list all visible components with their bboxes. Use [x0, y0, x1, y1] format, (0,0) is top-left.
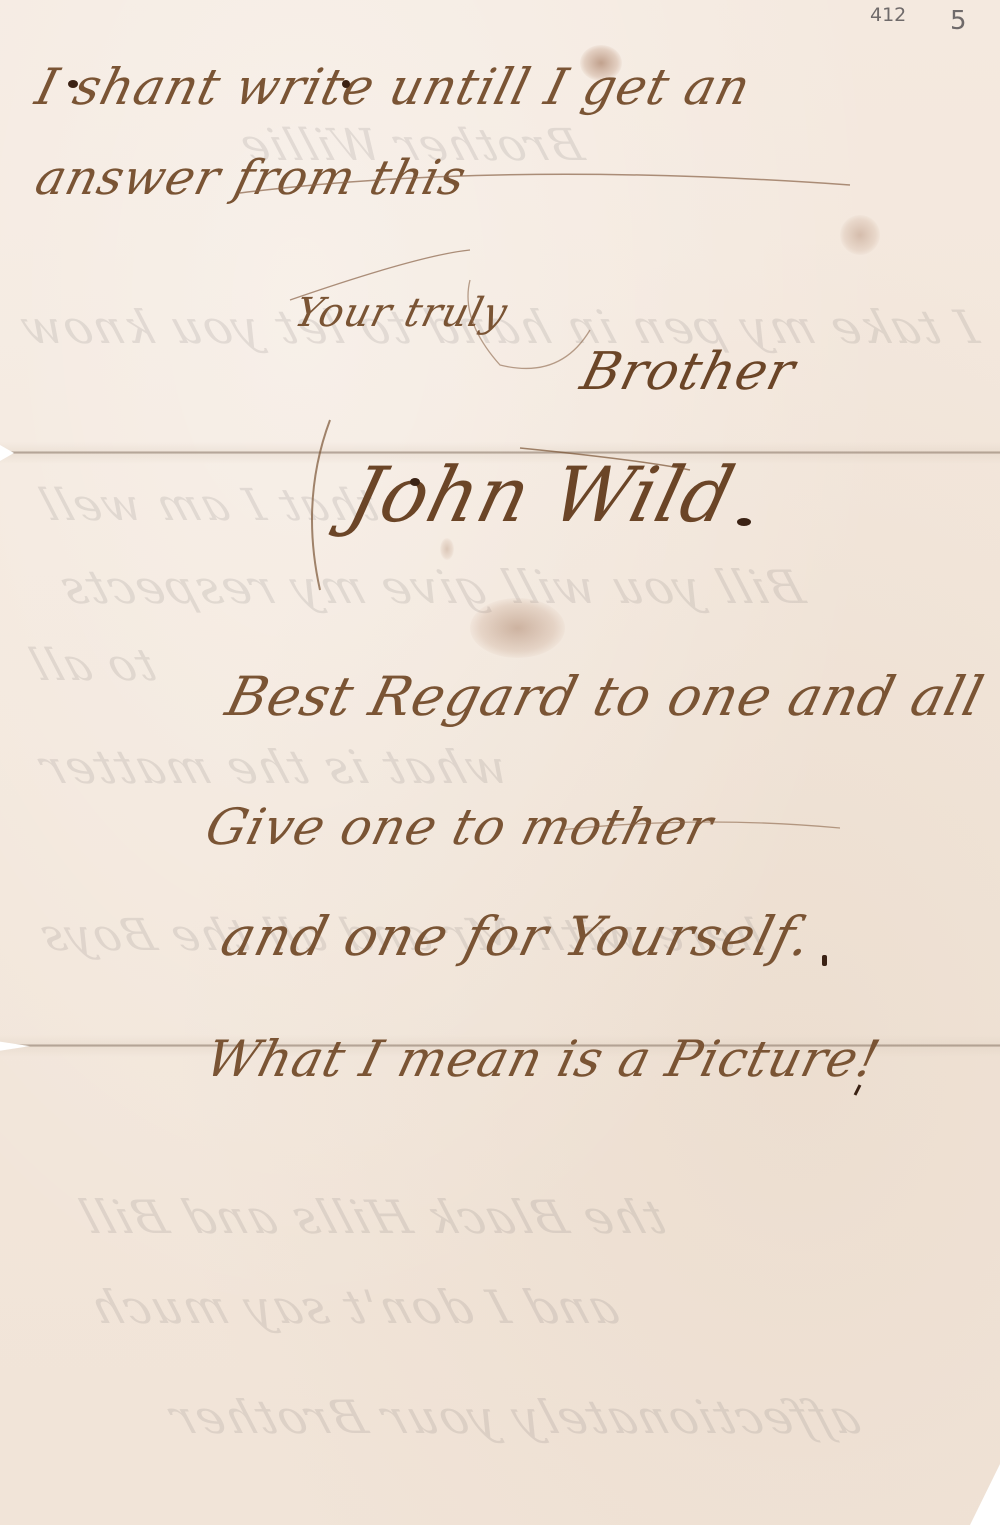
ink-blot [410, 478, 420, 486]
bleed-through-text: Bill you will give my respects [51, 560, 811, 614]
archival-page-number: 5 [950, 6, 967, 36]
closing-line-2: Brother [575, 342, 801, 402]
bleed-through-text: that I am well [32, 480, 386, 531]
ink-blot [737, 518, 751, 526]
ink-blot [342, 80, 350, 88]
postscript-line-3: and one for Yourself. [215, 905, 819, 968]
speck-stain [440, 538, 454, 560]
bleed-through-text: to all [22, 640, 163, 691]
letter-sheet: Brother Willie I take my pen in hand to … [0, 0, 1000, 1525]
bleed-through-text: and I don't say much [81, 1280, 625, 1334]
bleed-through-text: affectionately your Brother [161, 1390, 867, 1444]
postscript-line-2: Give one to mother [200, 798, 719, 856]
water-stain [840, 215, 880, 255]
ink-blot [68, 80, 78, 88]
postscript-line-4: What I mean is a Picture! [200, 1030, 886, 1088]
ink-dot [822, 955, 827, 966]
archival-folio-number: 412 [870, 4, 906, 26]
letter-line-1: I shant write untill I get an [30, 58, 757, 116]
fold-notch [0, 445, 14, 461]
postscript-line-1: Best Regard to one and all [220, 665, 990, 728]
closing-line-1: Your truly [290, 290, 512, 336]
signature: John Wild [340, 450, 744, 539]
letter-line-2: answer from this [30, 150, 472, 206]
bleed-through-text: what is the matter [31, 740, 514, 794]
water-stain [470, 598, 565, 658]
bleed-through-text: the Black Hills and Bill [71, 1190, 672, 1244]
